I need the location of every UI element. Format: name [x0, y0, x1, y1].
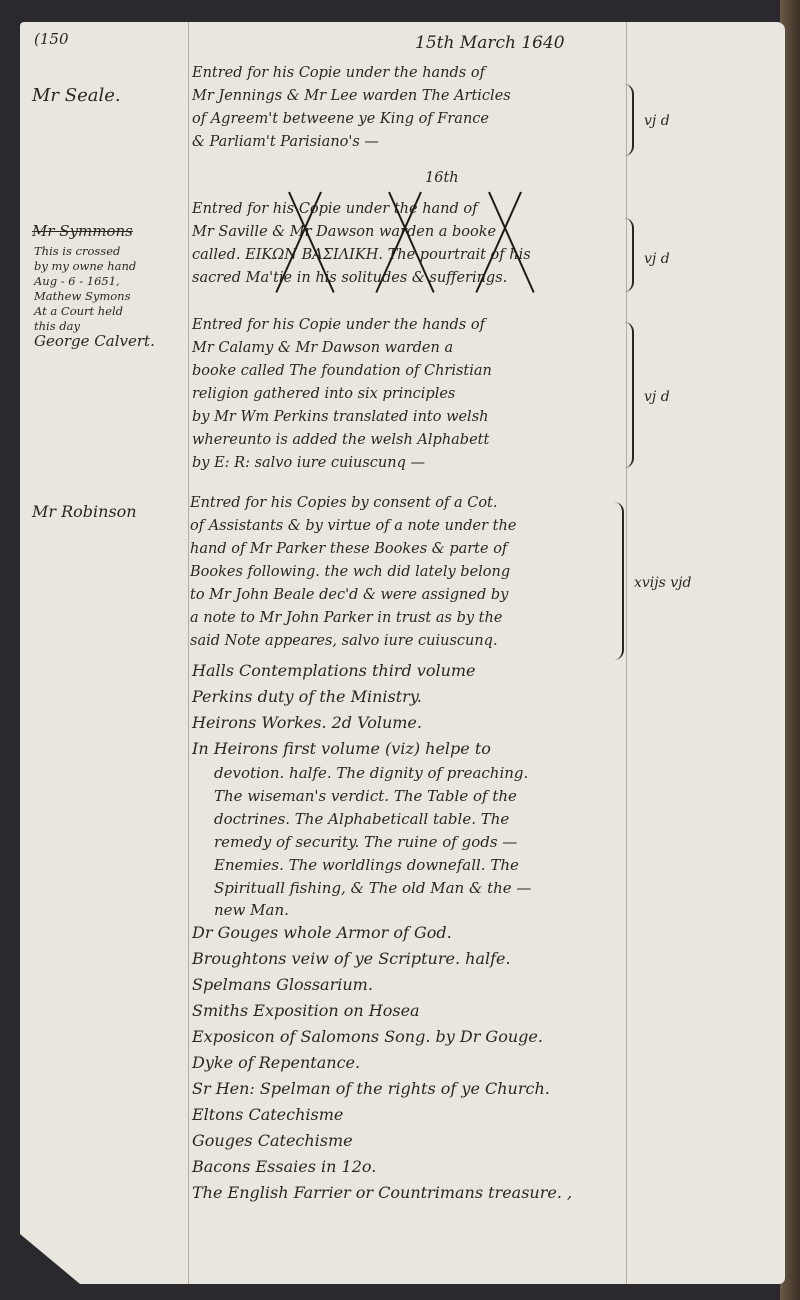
book-item: Spelmans Glossarium. [192, 972, 572, 998]
entry-4-name: Mr Robinson [32, 500, 137, 523]
manuscript-page: (150 15th March 1640 Mr Seale. Entred fo… [20, 22, 785, 1284]
book-item: Perkins duty of the Ministry. [192, 684, 572, 710]
folio-number: (150 [34, 28, 68, 51]
book-item: Enemies. The worldlings downefall. The [192, 854, 572, 877]
book-list: Halls Contemplations third volume Perkin… [192, 658, 572, 1206]
book-item: Spirituall fishing, & The old Man & the … [192, 877, 572, 900]
book-item: Dyke of Repentance. [192, 1050, 572, 1076]
entry-2-brace [624, 218, 634, 292]
book-item: Halls Contemplations third volume [192, 658, 572, 684]
left-margin-rule [188, 22, 189, 1284]
date-heading: 15th March 1640 [415, 32, 565, 55]
entry-3-brace [624, 322, 634, 468]
entry-1-name: Mr Seale. [32, 84, 121, 107]
entry-2-margin-note: This is crossed by my owne hand Aug - 6 … [34, 244, 155, 349]
book-item: devotion. halfe. The dignity of preachin… [192, 762, 572, 785]
entry-1-brace [624, 84, 634, 156]
entry-1-fee: vj d [644, 110, 670, 133]
book-item: The English Farrier or Countrimans treas… [192, 1180, 572, 1206]
book-item: new Man. [192, 900, 572, 920]
entry-2-fee: vj d [644, 248, 670, 271]
book-item: Dr Gouges whole Armor of God. [192, 920, 572, 946]
date-heading-16: 16th [425, 167, 459, 190]
book-item: The wiseman's verdict. The Table of the [192, 785, 572, 808]
book-item: Broughtons veiw of ye Scripture. halfe. [192, 946, 572, 972]
book-item: Eltons Catechisme [192, 1102, 572, 1128]
entry-2-name-struck: Mr Symmons [32, 220, 133, 243]
book-item: doctrines. The Alphabeticall table. The [192, 808, 572, 831]
book-item: remedy of security. The ruine of gods — [192, 831, 572, 854]
book-item: In Heirons first volume (viz) helpe to [192, 736, 572, 762]
entry-3-text: Entred for his Copie under the hands of … [192, 314, 492, 475]
entry-2-text: Entred for his Copie under the hand of M… [192, 198, 531, 290]
entry-1-text: Entred for his Copie under the hands of … [192, 62, 511, 154]
entry-4-text: Entred for his Copies by consent of a Co… [190, 492, 516, 653]
book-item: Smiths Exposition on Hosea [192, 998, 572, 1024]
book-item: Exposicon of Salomons Song. by Dr Gouge. [192, 1024, 572, 1050]
book-item: Sr Hen: Spelman of the rights of ye Chur… [192, 1076, 572, 1102]
entry-4-fee: xvijs vjd [634, 572, 691, 595]
right-margin-rule [626, 22, 627, 1284]
entry-4-brace [614, 502, 624, 660]
book-item: Gouges Catechisme [192, 1128, 572, 1154]
book-item: Heirons Workes. 2d Volume. [192, 710, 572, 736]
entry-3-fee: vj d [644, 386, 670, 409]
book-item: Bacons Essaies in 12o. [192, 1154, 572, 1180]
